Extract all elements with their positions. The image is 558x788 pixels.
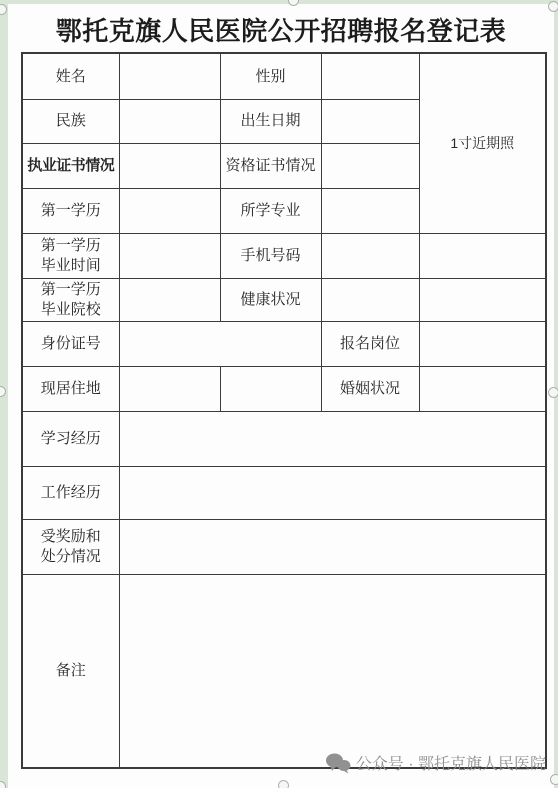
residence-label: 现居住地 [22, 366, 119, 411]
practice-certificate-value-cell[interactable] [119, 143, 220, 188]
awards-punishments-value-cell[interactable] [119, 519, 546, 574]
table-row: 第一学历 毕业时间 手机号码 [22, 233, 546, 278]
table-row: 受奖励和 处分情况 [22, 519, 546, 574]
photo-placeholder-cell[interactable]: 1寸近期照 [419, 53, 546, 233]
first-degree-value-cell[interactable] [119, 188, 220, 233]
first-degree-school-label: 第一学历 毕业院校 [22, 278, 119, 321]
first-degree-graduation-time-value-cell[interactable] [119, 233, 220, 278]
crop-handle-bottom-center[interactable] [278, 780, 289, 788]
ethnicity-label: 民族 [22, 99, 119, 143]
birthdate-value-cell[interactable] [321, 99, 419, 143]
crop-handle-left-middle[interactable] [0, 386, 6, 397]
qualification-certificate-label: 资格证书情况 [220, 143, 321, 188]
position-applied-label: 报名岗位 [321, 321, 419, 366]
marital-status-label: 婚姻状况 [321, 366, 419, 411]
document-page: 鄂托克旗人民医院公开招聘报名登记表 姓名 性别 1寸近期照 民族 出生日期 执业… [8, 4, 554, 788]
remarks-value-cell[interactable] [119, 574, 546, 768]
table-row: 身份证号 报名岗位 [22, 321, 546, 366]
id-number-value-cell[interactable] [119, 321, 321, 366]
mobile-number-value-cell[interactable] [321, 233, 419, 278]
table-row: 姓名 性别 1寸近期照 [22, 53, 546, 99]
marital-status-value-cell[interactable] [419, 366, 546, 411]
first-degree-label: 第一学历 [22, 188, 119, 233]
health-status-label: 健康状况 [220, 278, 321, 321]
first-degree-graduation-time-label: 第一学历 毕业时间 [22, 233, 119, 278]
position-applied-value-cell[interactable] [419, 321, 546, 366]
residence-value-cell-1[interactable] [119, 366, 220, 411]
crop-handle-right-middle[interactable] [548, 387, 558, 398]
table-row: 现居住地 婚姻状况 [22, 366, 546, 411]
photo-column-empty-cell-2 [419, 278, 546, 321]
crop-handle-top-left[interactable] [0, 4, 7, 15]
form-title: 鄂托克旗人民医院公开招聘报名登记表 [8, 11, 554, 48]
name-label: 姓名 [22, 53, 119, 99]
study-experience-label: 学习经历 [22, 411, 119, 466]
qualification-certificate-value-cell[interactable] [321, 143, 419, 188]
table-row: 第一学历 毕业院校 健康状况 [22, 278, 546, 321]
table-row: 学习经历 [22, 411, 546, 466]
mobile-number-label: 手机号码 [220, 233, 321, 278]
birthdate-label: 出生日期 [220, 99, 321, 143]
residence-value-cell-2[interactable] [220, 366, 321, 411]
wechat-icon [325, 752, 351, 774]
crop-handle-bottom-left[interactable] [0, 781, 6, 788]
crop-handle-bottom-right[interactable] [550, 774, 558, 785]
crop-handle-top-right[interactable] [548, 1, 558, 12]
work-experience-label: 工作经历 [22, 466, 119, 519]
screenshot-root: 鄂托克旗人民医院公开招聘报名登记表 姓名 性别 1寸近期照 民族 出生日期 执业… [0, 0, 558, 788]
name-value-cell[interactable] [119, 53, 220, 99]
major-value-cell[interactable] [321, 188, 419, 233]
photo-column-empty-cell-1 [419, 233, 546, 278]
health-status-value-cell[interactable] [321, 278, 419, 321]
gender-value-cell[interactable] [321, 53, 419, 99]
practice-certificate-label: 执业证书情况 [22, 143, 119, 188]
id-number-label: 身份证号 [22, 321, 119, 366]
table-row: 工作经历 [22, 466, 546, 519]
watermark: 公众号 · 鄂托克旗人民医院 [325, 751, 546, 774]
ethnicity-value-cell[interactable] [119, 99, 220, 143]
watermark-text: 公众号 · 鄂托克旗人民医院 [356, 751, 546, 774]
major-label: 所学专业 [220, 188, 321, 233]
awards-punishments-label: 受奖励和 处分情况 [22, 519, 119, 574]
gender-label: 性别 [220, 53, 321, 99]
table-row: 备注 [22, 574, 546, 768]
work-experience-value-cell[interactable] [119, 466, 546, 519]
registration-form-table: 姓名 性别 1寸近期照 民族 出生日期 执业证书情况 资格证书情况 第一学历 [21, 52, 547, 769]
first-degree-school-value-cell[interactable] [119, 278, 220, 321]
remarks-label: 备注 [22, 574, 119, 768]
study-experience-value-cell[interactable] [119, 411, 546, 466]
